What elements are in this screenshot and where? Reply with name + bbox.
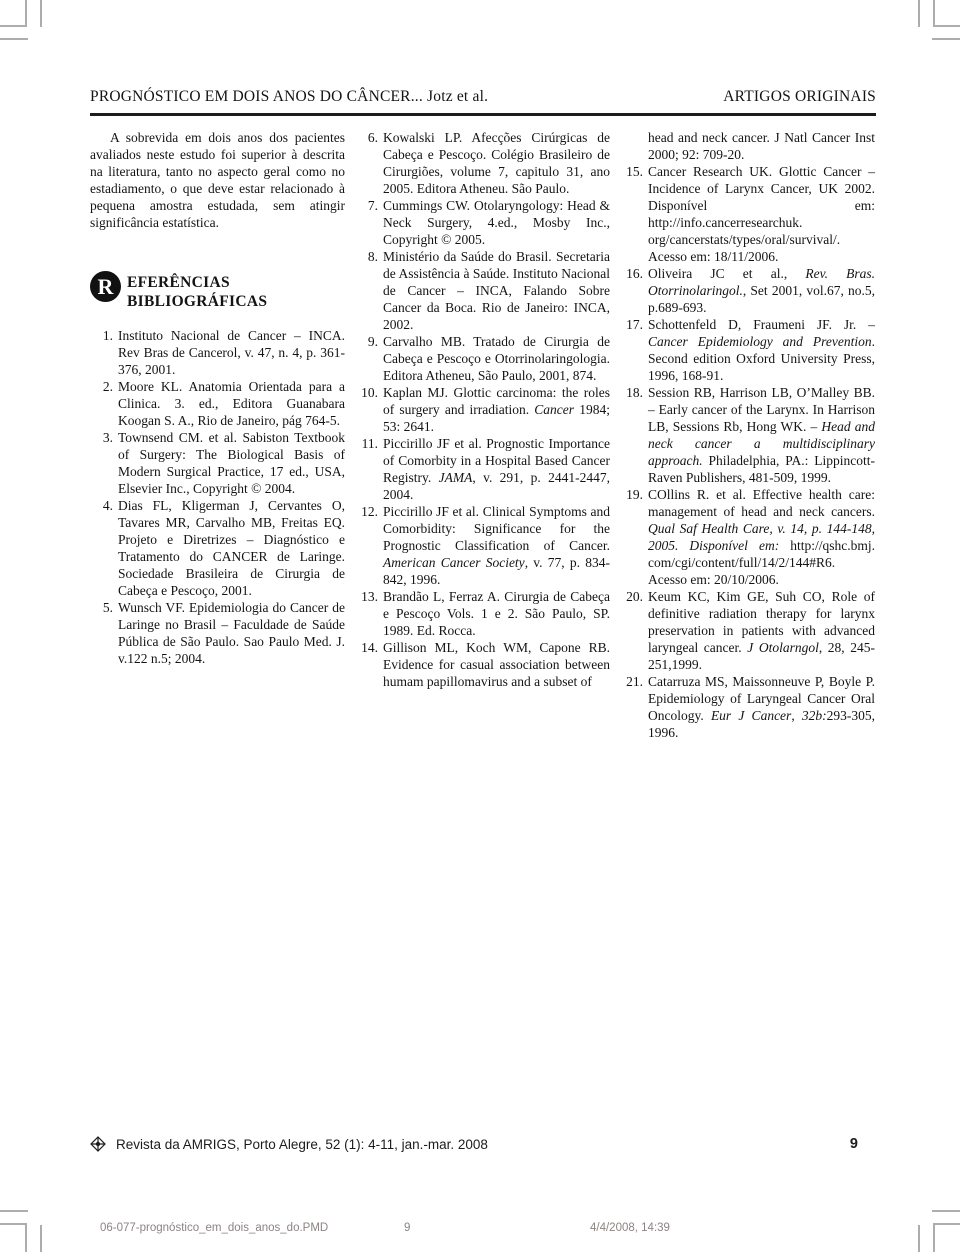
reference-text: Schottenfeld D, Fraumeni JF. Jr. – Cance… — [648, 316, 875, 384]
reference-number — [620, 129, 648, 163]
reference-item: 9.Carvalho MB. Tratado de Cirurgia de Ca… — [355, 333, 610, 384]
crop-mark — [0, 1210, 28, 1212]
reference-text: Brandão L, Ferraz A. Cirurgia de Cabeça … — [383, 588, 610, 639]
document-filename: 06-077-prognóstico_em_dois_anos_do.PMD — [100, 1222, 328, 1234]
reference-text: Wunsch VF. Epidemiologia do Cancer de La… — [118, 599, 345, 667]
proof-timestamp: 4/4/2008, 14:39 — [590, 1222, 670, 1234]
crop-mark — [0, 38, 28, 40]
column-1: A sobrevida em dois anos dos pacientes a… — [90, 129, 345, 741]
reference-text: Cummings CW. Otolaryngology: Head & Neck… — [383, 197, 610, 248]
reference-item: 18.Session RB, Harrison LB, O’Malley BB.… — [620, 384, 875, 486]
crop-mark — [933, 0, 935, 27]
reference-number: 7. — [355, 197, 383, 248]
reference-item: 21.Catarruza MS, Maissonneuve P, Boyle P… — [620, 673, 875, 741]
page-footer: Revista da AMRIGS, Porto Alegre, 52 (1):… — [90, 1136, 876, 1152]
reference-list-col2: 6.Kowalski LP. Afecções Cirúrgicas de Ca… — [355, 129, 610, 690]
section-label: ARTIGOS ORIGINAIS — [723, 88, 876, 106]
reference-text: Kowalski LP. Afecções Cirúrgicas de Cabe… — [383, 129, 610, 197]
text-columns: A sobrevida em dois anos dos pacientes a… — [90, 129, 876, 741]
crop-mark — [25, 0, 27, 27]
crop-mark — [918, 0, 920, 27]
crop-mark — [933, 25, 960, 27]
reference-text: Gillison ML, Koch WM, Capone RB. Evidenc… — [383, 639, 610, 690]
reference-item: 4.Dias FL, Kligerman J, Cervantes O, Tav… — [90, 497, 345, 599]
reference-item: 8.Ministério da Saúde do Brasil. Secreta… — [355, 248, 610, 333]
reference-number: 1. — [90, 327, 118, 378]
reference-number: 8. — [355, 248, 383, 333]
running-header: PROGNÓSTICO EM DOIS ANOS DO CÂNCER... Jo… — [90, 88, 876, 116]
references-heading-line2: BIBLIOGRÁFICAS — [127, 293, 267, 310]
reference-text: Session RB, Harrison LB, O’Malley BB. – … — [648, 384, 875, 486]
reference-text: Piccirillo JF et al. Clinical Symptoms a… — [383, 503, 610, 588]
page-number: 9 — [850, 1136, 876, 1152]
reference-number: 5. — [90, 599, 118, 667]
reference-number: 15. — [620, 163, 648, 265]
reference-text: head and neck cancer. J Natl Cancer Inst… — [648, 129, 875, 163]
reference-item: 2.Moore KL. Anatomia Orientada para a Cl… — [90, 378, 345, 429]
reference-text: COllins R. et al. Effective health care:… — [648, 486, 875, 588]
proof-status-strip: 06-077-prognóstico_em_dois_anos_do.PMD 9… — [0, 1216, 960, 1252]
reference-number: 6. — [355, 129, 383, 197]
reference-number: 20. — [620, 588, 648, 673]
reference-text: Keum KC, Kim GE, Suh CO, Role of definit… — [648, 588, 875, 673]
reference-text: Dias FL, Kligerman J, Cervantes O, Tavar… — [118, 497, 345, 599]
reference-number: 10. — [355, 384, 383, 435]
column-3: head and neck cancer. J Natl Cancer Inst… — [620, 129, 875, 741]
reference-number: 16. — [620, 265, 648, 316]
reference-item: 1.Instituto Nacional de Cancer – INCA. R… — [90, 327, 345, 378]
crop-mark — [40, 0, 42, 27]
proof-page-number: 9 — [404, 1222, 410, 1234]
reference-item: 20.Keum KC, Kim GE, Suh CO, Role of defi… — [620, 588, 875, 673]
reference-text: Piccirillo JF et al. Prognostic Importan… — [383, 435, 610, 503]
reference-text: Moore KL. Anatomia Orientada para a Clin… — [118, 378, 345, 429]
reference-number: 11. — [355, 435, 383, 503]
reference-number: 9. — [355, 333, 383, 384]
reference-text: Cancer Research UK. Glottic Cancer – Inc… — [648, 163, 875, 265]
references-heading: R EFERÊNCIAS BIBLIOGRÁFICAS — [90, 271, 345, 311]
reference-number: 21. — [620, 673, 648, 741]
reference-item: 6.Kowalski LP. Afecções Cirúrgicas de Ca… — [355, 129, 610, 197]
article-page: PROGNÓSTICO EM DOIS ANOS DO CÂNCER... Jo… — [90, 88, 876, 741]
running-title: PROGNÓSTICO EM DOIS ANOS DO CÂNCER... Jo… — [90, 88, 488, 106]
reference-number: 13. — [355, 588, 383, 639]
reference-number: 3. — [90, 429, 118, 497]
references-heading-line1: EFERÊNCIAS — [127, 274, 230, 291]
reference-text: Oliveira JC et al., Rev. Bras. Otorrinol… — [648, 265, 875, 316]
crop-mark — [932, 38, 960, 40]
reference-item: 13.Brandão L, Ferraz A. Cirurgia de Cabe… — [355, 588, 610, 639]
reference-item: 15.Cancer Research UK. Glottic Cancer – … — [620, 163, 875, 265]
reference-number: 2. — [90, 378, 118, 429]
reference-item: 16.Oliveira JC et al., Rev. Bras. Otorri… — [620, 265, 875, 316]
reference-text: Kaplan MJ. Glottic carcinoma: the roles … — [383, 384, 610, 435]
reference-item: 5.Wunsch VF. Epidemiologia do Cancer de … — [90, 599, 345, 667]
reference-text: Ministério da Saúde do Brasil. Secretari… — [383, 248, 610, 333]
conclusion-paragraph: A sobrevida em dois anos dos pacientes a… — [90, 129, 345, 231]
reference-text: Catarruza MS, Maissonneuve P, Boyle P. E… — [648, 673, 875, 741]
reference-item: 17.Schottenfeld D, Fraumeni JF. Jr. – Ca… — [620, 316, 875, 384]
reference-number: 18. — [620, 384, 648, 486]
reference-list-col3: head and neck cancer. J Natl Cancer Inst… — [620, 129, 875, 741]
reference-number: 12. — [355, 503, 383, 588]
reference-item: 3.Townsend CM. et al. Sabiston Textbook … — [90, 429, 345, 497]
reference-text: Carvalho MB. Tratado de Cirurgia de Cabe… — [383, 333, 610, 384]
reference-item: 12.Piccirillo JF et al. Clinical Symptom… — [355, 503, 610, 588]
reference-item: 14.Gillison ML, Koch WM, Capone RB. Evid… — [355, 639, 610, 690]
crop-mark — [0, 25, 27, 27]
reference-number: 19. — [620, 486, 648, 588]
column-2: 6.Kowalski LP. Afecções Cirúrgicas de Ca… — [355, 129, 610, 741]
dropcap-r-icon: R — [90, 271, 121, 302]
reference-item: 10.Kaplan MJ. Glottic carcinoma: the rol… — [355, 384, 610, 435]
references-heading-text: EFERÊNCIAS BIBLIOGRÁFICAS — [127, 271, 267, 311]
reference-item: 19.COllins R. et al. Effective health ca… — [620, 486, 875, 588]
reference-text: Townsend CM. et al. Sabiston Textbook of… — [118, 429, 345, 497]
journal-citation-line: Revista da AMRIGS, Porto Alegre, 52 (1):… — [116, 1137, 488, 1152]
reference-item: head and neck cancer. J Natl Cancer Inst… — [620, 129, 875, 163]
reference-item: 7.Cummings CW. Otolaryngology: Head & Ne… — [355, 197, 610, 248]
reference-item: 11.Piccirillo JF et al. Prognostic Impor… — [355, 435, 610, 503]
reference-number: 17. — [620, 316, 648, 384]
reference-list-col1: 1.Instituto Nacional de Cancer – INCA. R… — [90, 327, 345, 667]
crop-mark — [932, 1210, 960, 1212]
reference-number: 4. — [90, 497, 118, 599]
journal-logo-icon — [90, 1136, 106, 1152]
reference-text: Instituto Nacional de Cancer – INCA. Rev… — [118, 327, 345, 378]
reference-number: 14. — [355, 639, 383, 690]
